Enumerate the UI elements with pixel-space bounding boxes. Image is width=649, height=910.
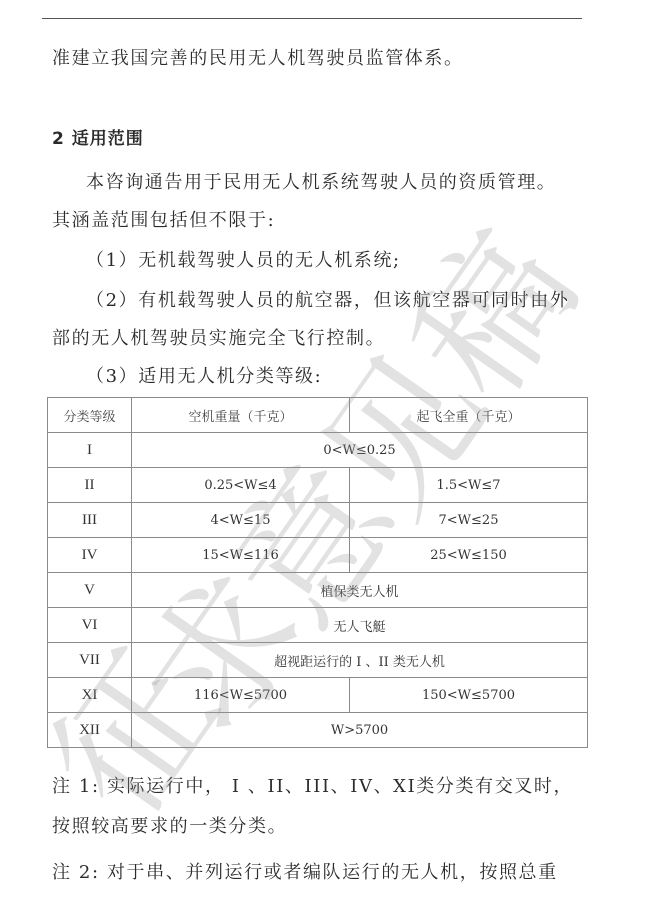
class-cell: IV <box>48 538 132 573</box>
note-2-line-1: 注 2: 对于串、并列运行或者编队运行的无人机，按照总重 <box>52 862 558 884</box>
takeoff-weight-cell: 1.5<W≤7 <box>350 468 588 503</box>
empty-weight-cell: 0.25<W≤4 <box>132 468 350 503</box>
class-cell: I <box>48 433 132 468</box>
merged-cell: 无人飞艇 <box>132 608 588 643</box>
table-row: VI 无人飞艇 <box>48 608 588 643</box>
class-cell: II <box>48 468 132 503</box>
merged-cell: 超视距运行的 I 、II 类无人机 <box>132 643 588 678</box>
table-row: II 0.25<W≤4 1.5<W≤7 <box>48 468 588 503</box>
empty-weight-cell: 116<W≤5700 <box>132 678 350 713</box>
section-heading: 2 适用范围 <box>52 128 144 150</box>
list-item-2: （2）有机载驾驶人员的航空器，但该航空器可同时由外 <box>86 290 569 312</box>
class-cell: XI <box>48 678 132 713</box>
intro-line-1: 本咨询通告用于民用无人机系统驾驶人员的资质管理。 <box>86 172 556 194</box>
list-item-1: （1）无机载驾驶人员的无人机系统; <box>86 250 401 272</box>
table-row: IV 15<W≤116 25<W≤150 <box>48 538 588 573</box>
table-row: VII 超视距运行的 I 、II 类无人机 <box>48 643 588 678</box>
class-cell: V <box>48 573 132 608</box>
empty-weight-cell: 15<W≤116 <box>132 538 350 573</box>
merged-cell: 植保类无人机 <box>132 573 588 608</box>
takeoff-weight-cell: 25<W≤150 <box>350 538 588 573</box>
continuation-line: 准建立我国完善的民用无人机驾驶员监管体系。 <box>52 48 464 70</box>
uav-classification-table: 分类等级 空机重量（千克） 起飞全重（千克） I 0<W≤0.25 II 0.2… <box>47 397 588 748</box>
watermark-char: 稿 <box>391 211 600 420</box>
table-row: XII W>5700 <box>48 713 588 748</box>
list-item-3: （3）适用无人机分类等级: <box>86 366 322 388</box>
list-item-2-continuation: 部的无人机驾驶员实施完全飞行控制。 <box>52 328 385 350</box>
table-row: I 0<W≤0.25 <box>48 433 588 468</box>
takeoff-weight-cell: 150<W≤5700 <box>350 678 588 713</box>
header-rule <box>42 18 582 19</box>
class-cell: XII <box>48 713 132 748</box>
header-empty-weight: 空机重量（千克） <box>132 398 350 433</box>
table-row: V 植保类无人机 <box>48 573 588 608</box>
intro-line-2: 其涵盖范围包括但不限于: <box>52 210 275 232</box>
empty-weight-cell: 4<W≤15 <box>132 503 350 538</box>
header-takeoff-weight: 起飞全重（千克） <box>350 398 588 433</box>
merged-cell: W>5700 <box>132 713 588 748</box>
table-header-row: 分类等级 空机重量（千克） 起飞全重（千克） <box>48 398 588 433</box>
class-cell: VI <box>48 608 132 643</box>
takeoff-weight-cell: 7<W≤25 <box>350 503 588 538</box>
header-class: 分类等级 <box>48 398 132 433</box>
table-row: III 4<W≤15 7<W≤25 <box>48 503 588 538</box>
table-row: XI 116<W≤5700 150<W≤5700 <box>48 678 588 713</box>
merged-cell: 0<W≤0.25 <box>132 433 588 468</box>
note-1-line-2: 按照较高要求的一类分类。 <box>52 816 287 838</box>
note-1-line-1: 注 1: 实际运行中， I 、II、III、IV、XI类分类有交叉时， <box>52 776 573 798</box>
class-cell: VII <box>48 643 132 678</box>
class-cell: III <box>48 503 132 538</box>
